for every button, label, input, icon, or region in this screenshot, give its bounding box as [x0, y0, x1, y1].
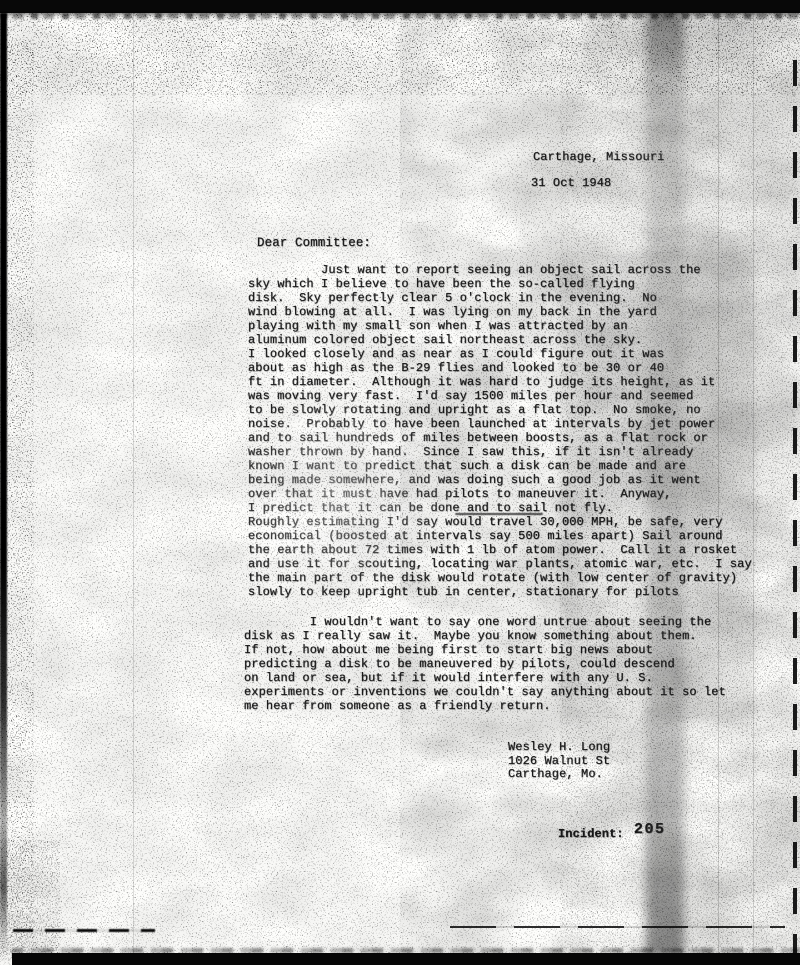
letter-heading-date: 31 Oct 1948: [531, 176, 611, 190]
scanned-letter-page: Carthage, Missouri 31 Oct 1948 Dear Comm…: [0, 0, 800, 965]
scan-edge-top-fray: [0, 13, 800, 19]
scan-edge-bottom-fray: [12, 948, 800, 953]
scan-edge-left-bar: [0, 13, 7, 953]
letter-body-paragraph-2: I wouldn't want to say one word untrue a…: [244, 615, 749, 713]
letter-heading-location: Carthage, Missouri: [533, 150, 664, 164]
letter-salutation: Dear Committee:: [257, 236, 371, 250]
scan-edge-bottom-bar: [12, 953, 800, 965]
scan-edge-top-bar: [0, 0, 800, 13]
scan-artifact-hline-left: [13, 929, 155, 932]
scan-artifact-hline-right: [450, 926, 785, 928]
letter-signature-block: Wesley H. Long 1026 Walnut St Carthage, …: [508, 741, 610, 782]
incident-label: Incident:: [558, 827, 624, 841]
letter-body-paragraph-1: Just want to report seeing an object sai…: [248, 263, 753, 599]
scan-edge-right-dashes: [793, 60, 797, 953]
scan-artifact-vline-right-2: [753, 13, 754, 953]
incident-number: 205: [634, 823, 666, 837]
scan-artifact-vline-left: [133, 13, 134, 953]
